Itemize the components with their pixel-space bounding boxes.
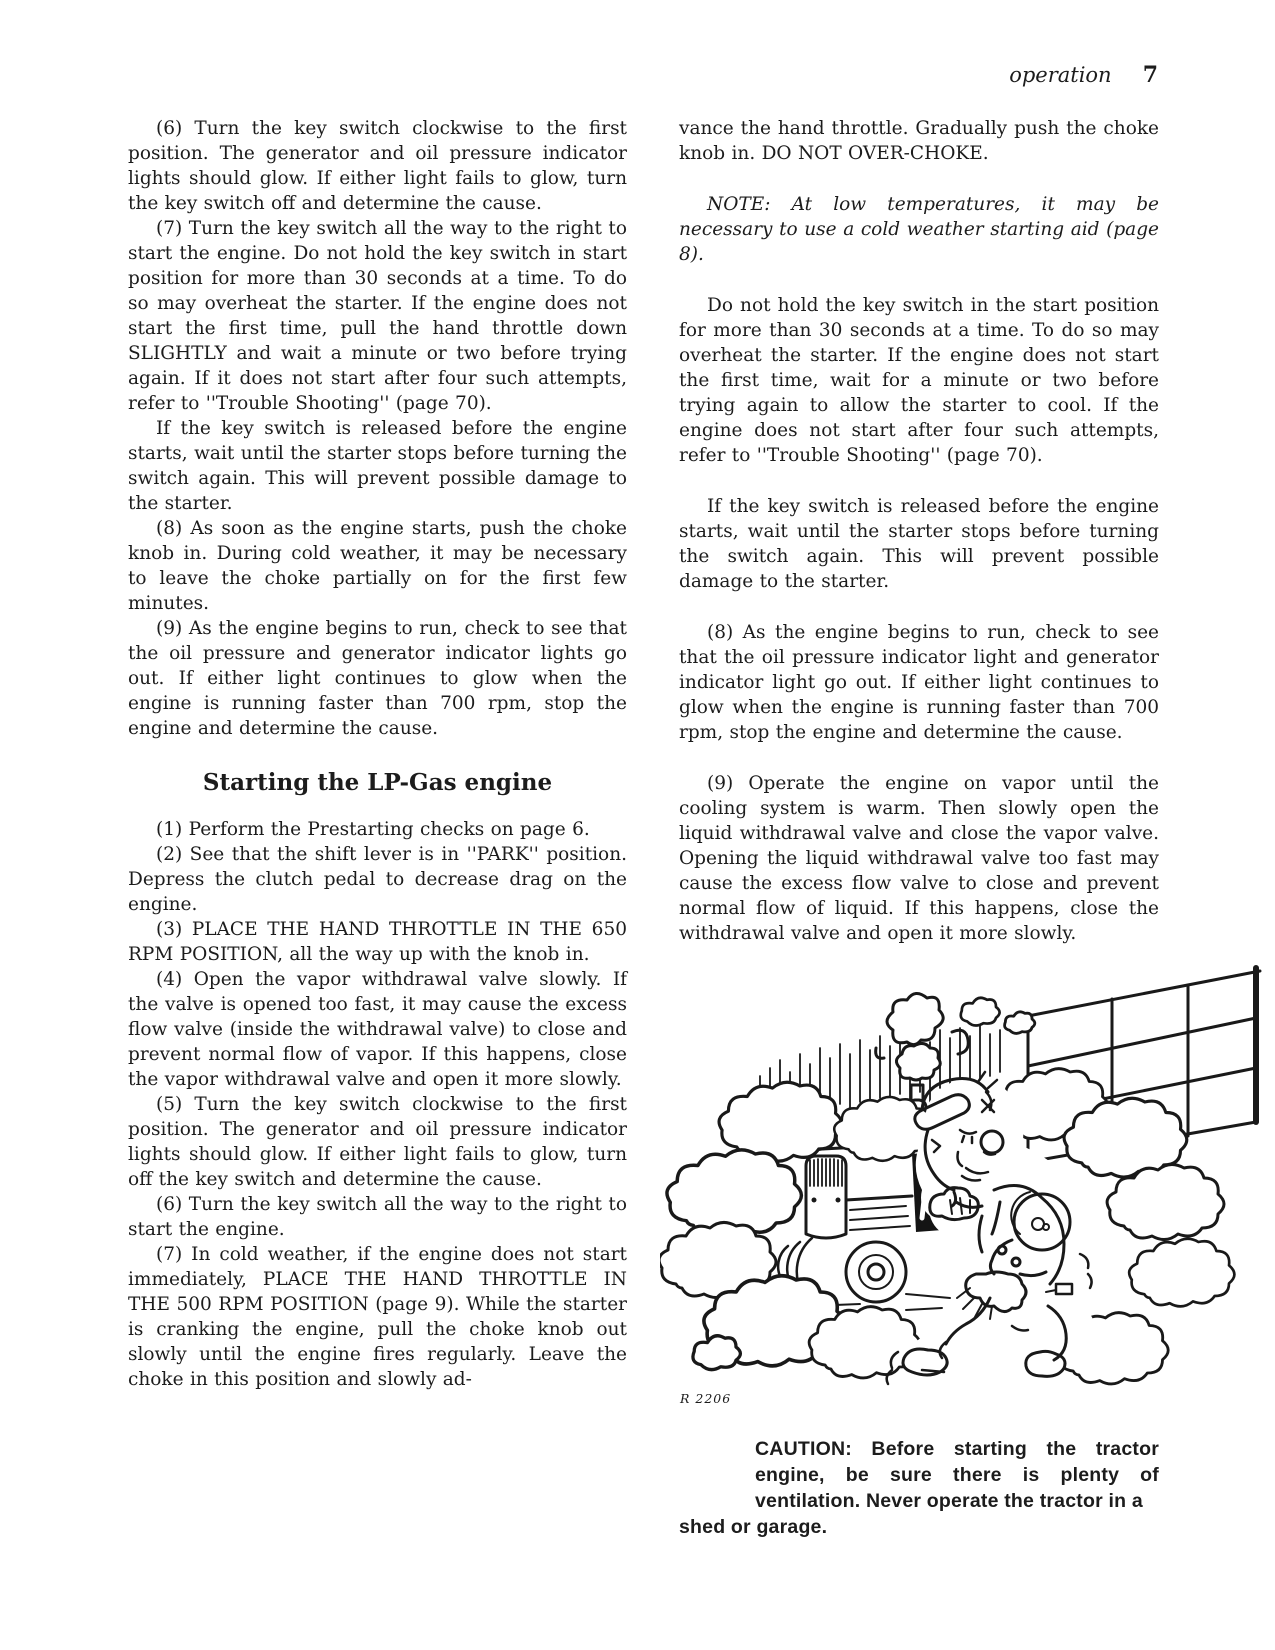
section-title: operation bbox=[1009, 63, 1111, 87]
caution-text-main: CAUTION: Before starting the tractor eng… bbox=[755, 1436, 1159, 1514]
caution-note: CAUTION: Before starting the tractor eng… bbox=[679, 1436, 1159, 1540]
paragraph-step7-gasoline: (7) Turn the key switch all the way to t… bbox=[128, 216, 627, 416]
paragraph-step4-lpgas: (4) Open the vapor withdrawal valve slow… bbox=[128, 967, 627, 1092]
paragraph-step9-gasoline: (9) As the engine begins to run, check t… bbox=[128, 616, 627, 741]
paragraph-starter-note: If the key switch is released before the… bbox=[128, 416, 627, 516]
caution-text-tail: shed or garage. bbox=[679, 1514, 1159, 1540]
paragraph-starter-release: If the key switch is released before the… bbox=[679, 494, 1159, 594]
paragraph-step8-lpgas: (8) As the engine begins to run, check t… bbox=[679, 620, 1159, 745]
figure-caption: R 2206 bbox=[680, 1391, 1275, 1406]
right-column: vance the hand throttle. Gradually push … bbox=[679, 116, 1159, 1540]
figure: R 2206 bbox=[660, 954, 1275, 1406]
page-header: operation 7 bbox=[128, 62, 1158, 88]
left-column: (6) Turn the key switch clockwise to the… bbox=[128, 116, 627, 1392]
note-cold-weather: NOTE: At low temperatures, it may be nec… bbox=[679, 192, 1159, 267]
page-number: 7 bbox=[1143, 62, 1158, 88]
paragraph-step5-lpgas: (5) Turn the key switch clockwise to the… bbox=[128, 1092, 627, 1192]
manual-page: operation 7 (6) Turn the key switch cloc… bbox=[0, 0, 1275, 1650]
paragraph-step6-gasoline: (6) Turn the key switch clockwise to the… bbox=[128, 116, 627, 216]
paragraph-step2-lpgas: (2) See that the shift lever is in ''PAR… bbox=[128, 842, 627, 917]
paragraph-continuation: vance the hand throttle. Gradually push … bbox=[679, 116, 1159, 166]
section-heading-lp-gas: Starting the LP-Gas engine bbox=[128, 769, 627, 796]
paragraph-starter-30s: Do not hold the key switch in the start … bbox=[679, 293, 1159, 468]
paragraph-step8-gasoline: (8) As soon as the engine starts, push t… bbox=[128, 516, 627, 616]
paragraph-step3-lpgas: (3) PLACE THE HAND THROTTLE IN THE 650 R… bbox=[128, 917, 627, 967]
paragraph-step7-lpgas: (7) In cold weather, if the engine does … bbox=[128, 1242, 627, 1392]
paragraph-step6-lpgas: (6) Turn the key switch all the way to t… bbox=[128, 1192, 627, 1242]
tractor-smoke-illustration bbox=[660, 954, 1275, 1389]
paragraph-step1-lpgas: (1) Perform the Prestarting checks on pa… bbox=[128, 817, 627, 842]
paragraph-step9-lpgas: (9) Operate the engine on vapor until th… bbox=[679, 771, 1159, 946]
